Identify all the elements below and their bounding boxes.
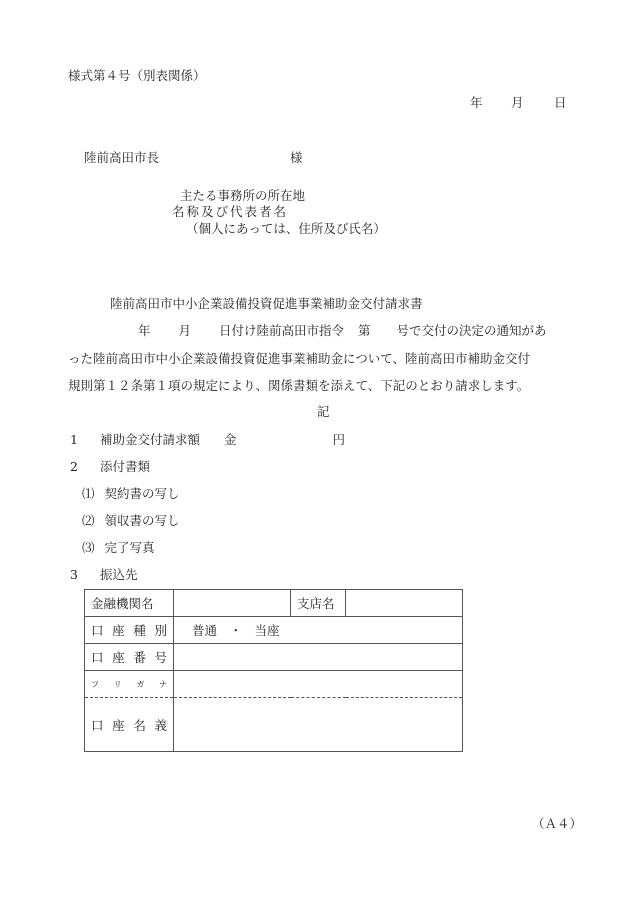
addressee-name: 陸前高田市長 <box>84 152 159 165</box>
attachment-2-number: ⑵ <box>82 513 95 528</box>
addressee-honorific: 様 <box>290 152 303 165</box>
furigana-label: フ リ ガ ナ <box>85 671 174 698</box>
attachment-3-number: ⑶ <box>82 540 95 555</box>
account-type-label: 口 座 種 別 <box>85 617 174 644</box>
account-name-label: 口 座 名 義 <box>85 698 174 752</box>
body-line3: 規則第１２条第１項の規定により、関係書類を添えて、下記のとおり請求します。 <box>68 380 529 393</box>
item-1-yen: 円 <box>332 432 345 447</box>
body-rest2: 号で交付の決定の通知があ <box>397 323 547 338</box>
body-month: 月 <box>179 323 192 338</box>
label-char: 種 <box>133 621 146 639</box>
branch-label: 支店名 <box>291 590 346 617</box>
attachment-1-label: 契約書の写し <box>105 486 180 501</box>
row-furigana: フ リ ガ ナ <box>85 671 463 698</box>
attachment-1: ⑴ 契約書の写し <box>82 488 180 501</box>
institution-field[interactable] <box>174 590 291 617</box>
paper-size: （Ａ４） <box>532 818 582 831</box>
date-month[interactable]: 月 <box>511 97 524 110</box>
applicant-address-label: 主たる事務所の所在地 <box>180 190 305 203</box>
branch-field[interactable] <box>346 590 463 617</box>
label-char: ガ <box>136 679 144 690</box>
body-line1: 年 月 日付け陸前高田市指令 第 号で交付の決定の通知があ <box>138 325 547 338</box>
date-day[interactable]: 日 <box>554 97 567 110</box>
item-3-label: 振込先 <box>100 567 138 582</box>
item-1: 1 補助金交付請求額 金 円 <box>70 434 345 447</box>
document-title: 陸前高田市中小企業設備投資促進事業補助金交付請求書 <box>110 298 423 311</box>
label-char: 座 <box>112 648 125 666</box>
label-char: フ <box>91 679 99 690</box>
account-type-field[interactable]: 普通 ・ 当座 <box>174 617 463 644</box>
label-char: 座 <box>112 716 125 734</box>
account-name-field[interactable] <box>174 698 463 752</box>
label-char: 名 <box>133 716 146 734</box>
date-year[interactable]: 年 <box>470 97 483 110</box>
item-2-number: 2 <box>70 459 78 474</box>
label-char: 口 <box>91 621 104 639</box>
label-char: 号 <box>154 648 167 666</box>
attachment-1-number: ⑴ <box>82 486 95 501</box>
row-account-type: 口 座 種 別 普通 ・ 当座 <box>85 617 463 644</box>
row-account-number: 口 座 番 号 <box>85 644 463 671</box>
body-year: 年 <box>138 323 151 338</box>
account-number-field[interactable] <box>174 644 463 671</box>
row-account-name: 口 座 名 義 <box>85 698 463 752</box>
label-char: 別 <box>154 621 167 639</box>
account-type-options[interactable]: 普通 ・ 当座 <box>192 623 280 638</box>
item-3-number: 3 <box>70 567 78 582</box>
label-char: 義 <box>154 716 167 734</box>
item-1-kin: 金 <box>224 432 237 447</box>
label-char: 口 <box>91 716 104 734</box>
item-2: 2 添付書類 <box>70 461 150 474</box>
label-char: ナ <box>159 679 167 690</box>
body-rest1: 日付け陸前高田市指令 <box>219 323 344 338</box>
institution-label: 金融機関名 <box>85 590 174 617</box>
applicant-name-label: 名称及び代表者名 <box>172 206 288 219</box>
bank-account-table: 金融機関名 支店名 口 座 種 別 普通 ・ 当座 口 座 番 号 <box>84 589 463 752</box>
form-number: 様式第４号（別表関係） <box>68 70 206 83</box>
row-institution: 金融機関名 支店名 <box>85 590 463 617</box>
label-char: リ <box>114 679 122 690</box>
item-1-label: 補助金交付請求額 <box>100 432 200 447</box>
applicant-note: （個人にあっては、住所及び氏名） <box>186 223 386 236</box>
furigana-field[interactable] <box>174 671 463 698</box>
attachment-3: ⑶ 完了写真 <box>82 542 155 555</box>
body-line2: った陸前高田市中小企業設備投資促進事業補助金について、陸前高田市補助金交付 <box>68 353 530 366</box>
account-number-label: 口 座 番 号 <box>85 644 174 671</box>
attachment-2-label: 領収書の写し <box>105 513 180 528</box>
body-dai: 第 <box>358 323 371 338</box>
attachment-2: ⑵ 領収書の写し <box>82 515 180 528</box>
item-3: 3 振込先 <box>70 569 137 582</box>
item-2-label: 添付書類 <box>100 459 150 474</box>
item-1-number: 1 <box>70 432 78 447</box>
label-char: 口 <box>91 648 104 666</box>
ki-heading: 記 <box>317 406 330 419</box>
label-char: 座 <box>112 621 125 639</box>
attachment-3-label: 完了写真 <box>105 540 155 555</box>
label-char: 番 <box>133 648 146 666</box>
